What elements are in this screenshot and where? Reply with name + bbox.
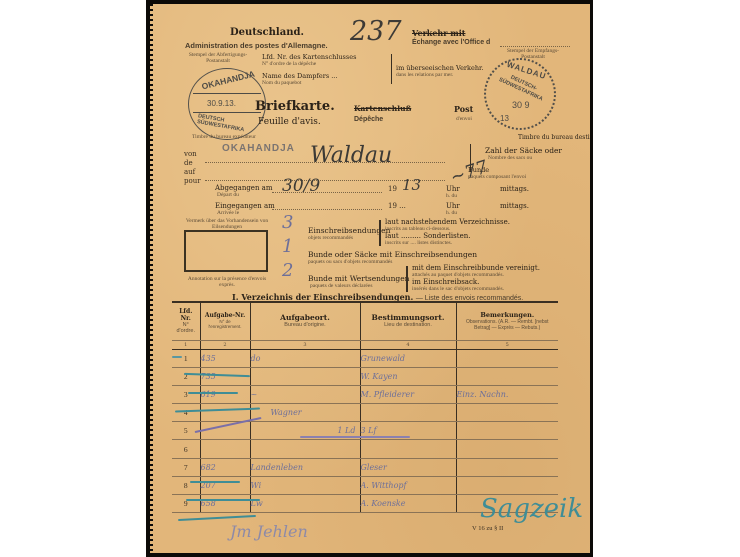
from-label: von [184,150,197,158]
teal-strike [186,499,260,501]
traffic-label: Verkehr mit [412,28,465,38]
card-no-label: Lfd. Nr. des Kartenschlusses [262,53,356,61]
express-annotation-box [184,230,268,272]
post-label: Post [454,104,473,114]
table-row: 8207WiA. Witthopf [172,476,558,494]
overseas-label: im überseeischen Verkehr. [396,64,483,72]
departed-label: Abgegangen am [215,184,273,192]
to-label: auf [184,168,195,176]
col-header-no: Lfd. Nr.N° d'ordre. [172,302,200,340]
departed-handwritten-scrawl: ~77 [448,157,491,189]
form-title: Briefkarte. [255,99,335,114]
sending-office-label: Stempel der Abfertigungs-Postanstalt [188,52,248,64]
arrived-label: Eingegangen am [215,202,275,210]
teal-strike [190,481,240,483]
count-registered-bags: 1 [282,236,293,257]
teal-strike [188,392,238,394]
receiver-signature: Sagzeik [480,494,583,524]
receiving-office-fr: Timbre du bureau destinataire [518,134,588,141]
closure-label-fr: Dépêche [354,116,383,123]
divider [391,54,392,84]
form-title-fr: Feuille d'avis. [258,117,321,127]
card-no-label-fr: N° d'ordre de la dépêche [262,61,316,67]
express-note-fr: Annotation sur la présence d'envois expr… [180,276,274,288]
minutes-label: mittags. [500,185,529,193]
post-label-fr: d'envoi [456,116,472,122]
closure-label: Kartenschluß [354,104,411,113]
overseas-label-fr: dans les relations par mer. [396,72,453,78]
pencil-line [300,436,410,438]
departed-year-prefix: 19 [388,185,397,193]
count-value-bundles: 2 [282,260,293,281]
card-number-handwritten: 237 [350,16,402,47]
table-row: 7682LandenlebenGleser [172,458,558,476]
okahandja-cachet: OKAHANDJA [222,143,295,154]
col-header-remarks: Bemerkungen.Observations. (A.R. — Rembt.… [456,302,558,340]
col-header-destination: Bestimmungsort.Lieu de destination. [360,302,456,340]
bags-label: Zahl der Säcke oder [485,146,562,155]
dispatch-office-label: Timbre du bureau expéditeur [192,134,256,140]
steamer-label-fr: Nom du paquebot [262,80,301,86]
arrived-year-prefix: 19 ... [388,202,406,210]
bags-label-fr: Nombre des sacs ou [488,155,532,161]
col-header-origin: Aufgabeort.Bureau d'origine. [250,302,360,340]
registered-bags-label: Bunde oder Säcke mit Einschreibsendungen [308,250,477,259]
steamer-label: Name des Dampfers ... [262,72,337,80]
country-title: Deutschland. [230,27,304,38]
from-label-fr: de [184,159,193,167]
perforated-edge [150,4,153,553]
teal-mark [172,356,182,358]
table-row: 3619~M. PfleidererEinz. Nachn. [172,385,558,403]
value-bundles-label: Bunde mit Wertsendungen [308,274,410,283]
briefkarte-document: Deutschland. Administration des postes d… [150,4,590,553]
to-label-fr: pour [184,177,201,185]
departed-date-handwritten: 30/9 [282,176,320,196]
departed-year-handwritten: 13 [402,176,421,194]
sender-signature: Jm Jehlen [230,522,308,541]
form-code: V 16 zu § II [472,525,503,532]
teal-strike [178,515,256,521]
col-header-reg-no: Aufgabe-Nr.N° de l'enregistrement. [200,302,250,340]
country-subtitle: Administration des postes d'Allemagne. [185,41,328,50]
table-row: 1435doGrunewald [172,349,558,367]
arrived-label-fr: Arrivée le [217,210,239,216]
traffic-label-fr: Échange avec l'Office d [412,39,490,46]
destination-handwritten: Waldau [310,143,392,168]
waldau-postmark: WALDAU DEUTSCH-SÜDWESTAFRIKA 30 9 13 [484,58,556,130]
table-row: 6 [172,440,558,458]
departed-label-fr: Départ du [217,192,239,198]
express-note: Vermerk über das Vorhandensein von Eilse… [180,218,274,230]
table-row: 4Wagner [172,404,558,422]
count-registered: 3 [282,212,293,233]
